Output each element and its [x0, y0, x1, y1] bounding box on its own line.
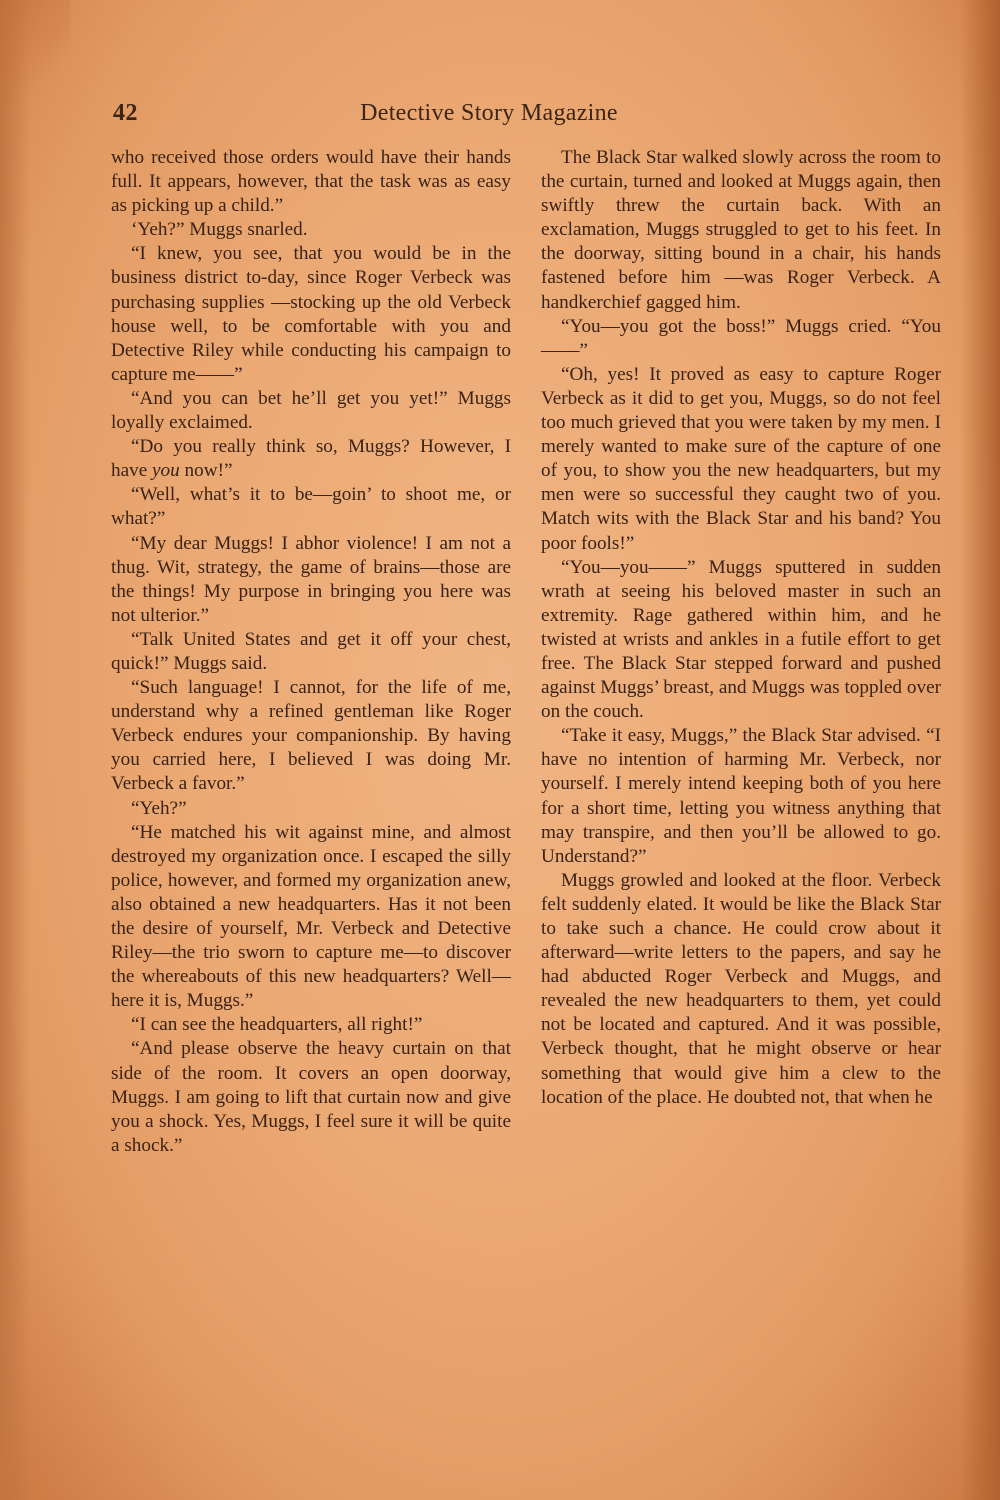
- paragraph: The Black Star walked slowly across the …: [541, 146, 941, 315]
- paragraph: “Yeh?”: [111, 797, 511, 821]
- paragraph: who received those orders would have the…: [111, 146, 511, 218]
- paragraph: “My dear Muggs! I abhor violence! I am n…: [111, 532, 511, 628]
- paragraph: “And please observe the heavy curtain on…: [111, 1037, 511, 1157]
- paragraph: “Oh, yes! It proved as easy to capture R…: [541, 363, 941, 556]
- paragraph: ‘Yeh?” Muggs snarled.: [111, 218, 511, 242]
- paragraph: Muggs growled and looked at the floor. V…: [541, 869, 941, 1110]
- paragraph: “He matched his wit against mine, and al…: [111, 821, 511, 1014]
- page-corner-shadow: [0, 0, 70, 110]
- italic-emphasis: you: [152, 460, 180, 481]
- paragraph: “I can see the headquarters, all right!”: [111, 1013, 511, 1037]
- paragraph: “I knew, you see, that you would be in t…: [111, 242, 511, 387]
- paragraph: “And you can bet he’ll get you yet!” Mug…: [111, 387, 511, 435]
- running-head: 42 Detective Story Magazine: [113, 100, 900, 130]
- paragraph: “Talk United States and get it off your …: [111, 628, 511, 676]
- paragraph: “Well, what’s it to be—goin’ to shoot me…: [111, 483, 511, 531]
- left-column: who received those orders would have the…: [111, 146, 511, 1158]
- paragraph-with-italic: “Do you really think so, Muggs? However,…: [111, 435, 511, 483]
- magazine-page: 42 Detective Story Magazine who received…: [0, 0, 1000, 1500]
- paragraph: “Such language! I cannot, for the life o…: [111, 676, 511, 796]
- paragraph: “Take it easy, Muggs,” the Black Star ad…: [541, 724, 941, 869]
- paragraph: “You—you——” Muggs sputtered in sudden wr…: [541, 556, 941, 725]
- paragraph: “You—you got the boss!” Muggs cried. “Yo…: [541, 315, 941, 363]
- magazine-title: Detective Story Magazine: [133, 100, 833, 127]
- right-column: The Black Star walked slowly across the …: [541, 146, 941, 1110]
